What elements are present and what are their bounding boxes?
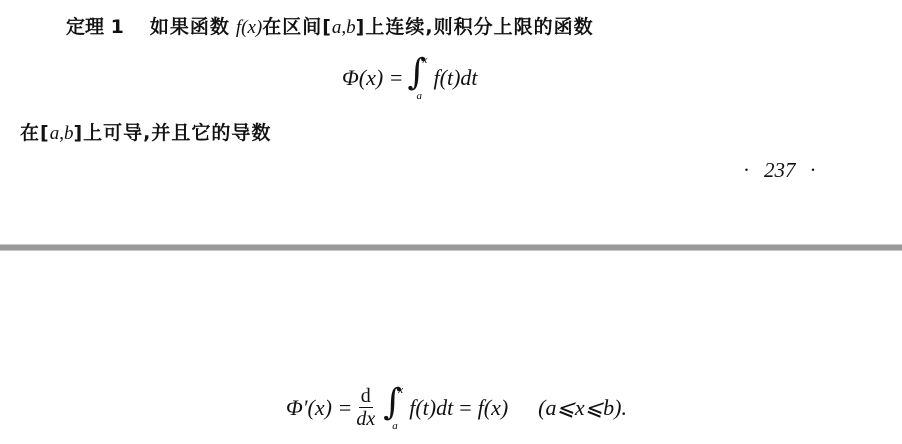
formula-deriv-condition: (a⩽x⩽b). [538, 395, 627, 421]
formula-phi-integrand: f(t)dt [434, 65, 478, 91]
cont-text-2: ]上可导,并且它的导数 [73, 122, 271, 144]
integral-sign: ∫ x a [383, 388, 405, 428]
page-number-value: 237 [764, 158, 796, 182]
integral-lower-limit: a [417, 90, 423, 102]
cont-b: b [64, 123, 74, 144]
integral-upper-limit: x [423, 54, 428, 66]
page-divider [0, 244, 902, 251]
theorem-label: 定理 1 [66, 16, 124, 38]
page-number-left-dot: · [743, 158, 750, 182]
page-number-right-dot: · [810, 158, 817, 182]
continuation-line: 在[a,b]上可导,并且它的导数 [20, 118, 271, 145]
formula-deriv-equals: = [459, 395, 471, 421]
fraction-d-dx: d dx [356, 385, 375, 430]
page-number: ·237· [743, 158, 817, 183]
integral-sign: ∫ x a [408, 58, 430, 98]
theorem-text-2: 在区间[ [262, 16, 332, 38]
formula-phi-lhs: Φ(x) = [342, 65, 404, 91]
formula-deriv-lhs: Φ′(x) = [286, 395, 352, 421]
theorem-a: a [332, 17, 342, 38]
integral-lower-limit: a [392, 420, 398, 432]
cont-a: a [50, 123, 60, 144]
theorem-b: b [346, 17, 356, 38]
theorem-text-3: ]上连续,则积分上限的函数 [356, 16, 594, 38]
formula-deriv-rhs: f(x) [478, 395, 509, 421]
cont-text-1: 在[ [20, 122, 50, 144]
theorem-statement: 定理 1如果函数f(x)在区间[a,b]上连续,则积分上限的函数 [66, 12, 594, 39]
formula-phi: Φ(x) = ∫ x a f(t)dt [342, 58, 478, 98]
formula-deriv-integrand: f(t)dt [409, 395, 453, 421]
formula-derivative: Φ′(x) = d dx ∫ x a f(t)dt = f(x) (a⩽x⩽b)… [286, 385, 627, 430]
bottom-page: Φ′(x) = d dx ∫ x a f(t)dt = f(x) (a⩽x⩽b)… [0, 251, 902, 444]
integral-upper-limit: x [398, 384, 403, 396]
fraction-numerator: d [359, 385, 373, 408]
theorem-text-1: 如果函数 [150, 16, 230, 38]
top-page: 定理 1如果函数f(x)在区间[a,b]上连续,则积分上限的函数 Φ(x) = … [0, 0, 902, 244]
theorem-fx: f(x) [236, 17, 262, 38]
fraction-denominator: dx [356, 408, 375, 430]
